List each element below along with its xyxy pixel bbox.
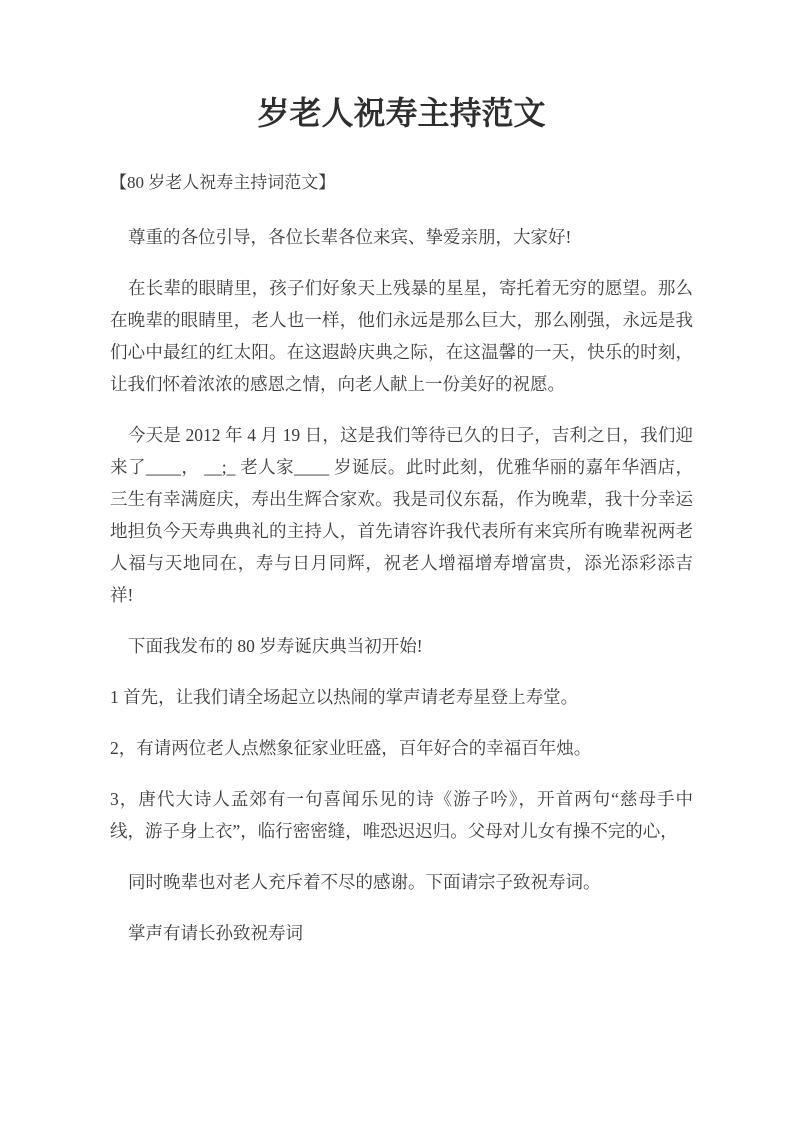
document-subtitle: 【80 岁老人祝寿主持词范文】 [110,167,693,199]
paragraph: 掌声有请长孙致祝寿词 [110,917,693,949]
paragraph: 1 首先，让我们请全场起立以热闹的掌声请老寿星登上寿堂。 [110,681,693,713]
paragraph: 今天是 2012 年 4 月 19 日，这是我们等待已久的日子，吉利之日，我们迎… [110,419,693,611]
paragraph: 尊重的各位引导，各位长辈各位来宾、挚爱亲朋，大家好! [110,221,693,253]
document-title: 岁老人祝寿主持范文 [110,92,693,135]
paragraph: 2，有请两位老人点燃象征家业旺盛，百年好合的幸福百年烛。 [110,732,693,764]
document-body: 尊重的各位引导，各位长辈各位来宾、挚爱亲朋，大家好!在长辈的眼睛里，孩子们好象天… [110,221,693,949]
paragraph: 同时晚辈也对老人充斥着不尽的感谢。下面请宗子致祝寿词。 [110,866,693,898]
paragraph: 3，唐代大诗人孟郊有一句喜闻乐见的诗《游子吟》，开首两句“慈母手中线，游子身上衣… [110,783,693,847]
paragraph: 下面我发布的 80 岁寿诞庆典当初开始! [110,630,693,662]
document-page: 岁老人祝寿主持范文 【80 岁老人祝寿主持词范文】 尊重的各位引导，各位长辈各位… [0,0,793,1122]
paragraph: 在长辈的眼睛里，孩子们好象天上残暴的星星，寄托着无穷的愿望。那么在晚辈的眼睛里，… [110,272,693,400]
